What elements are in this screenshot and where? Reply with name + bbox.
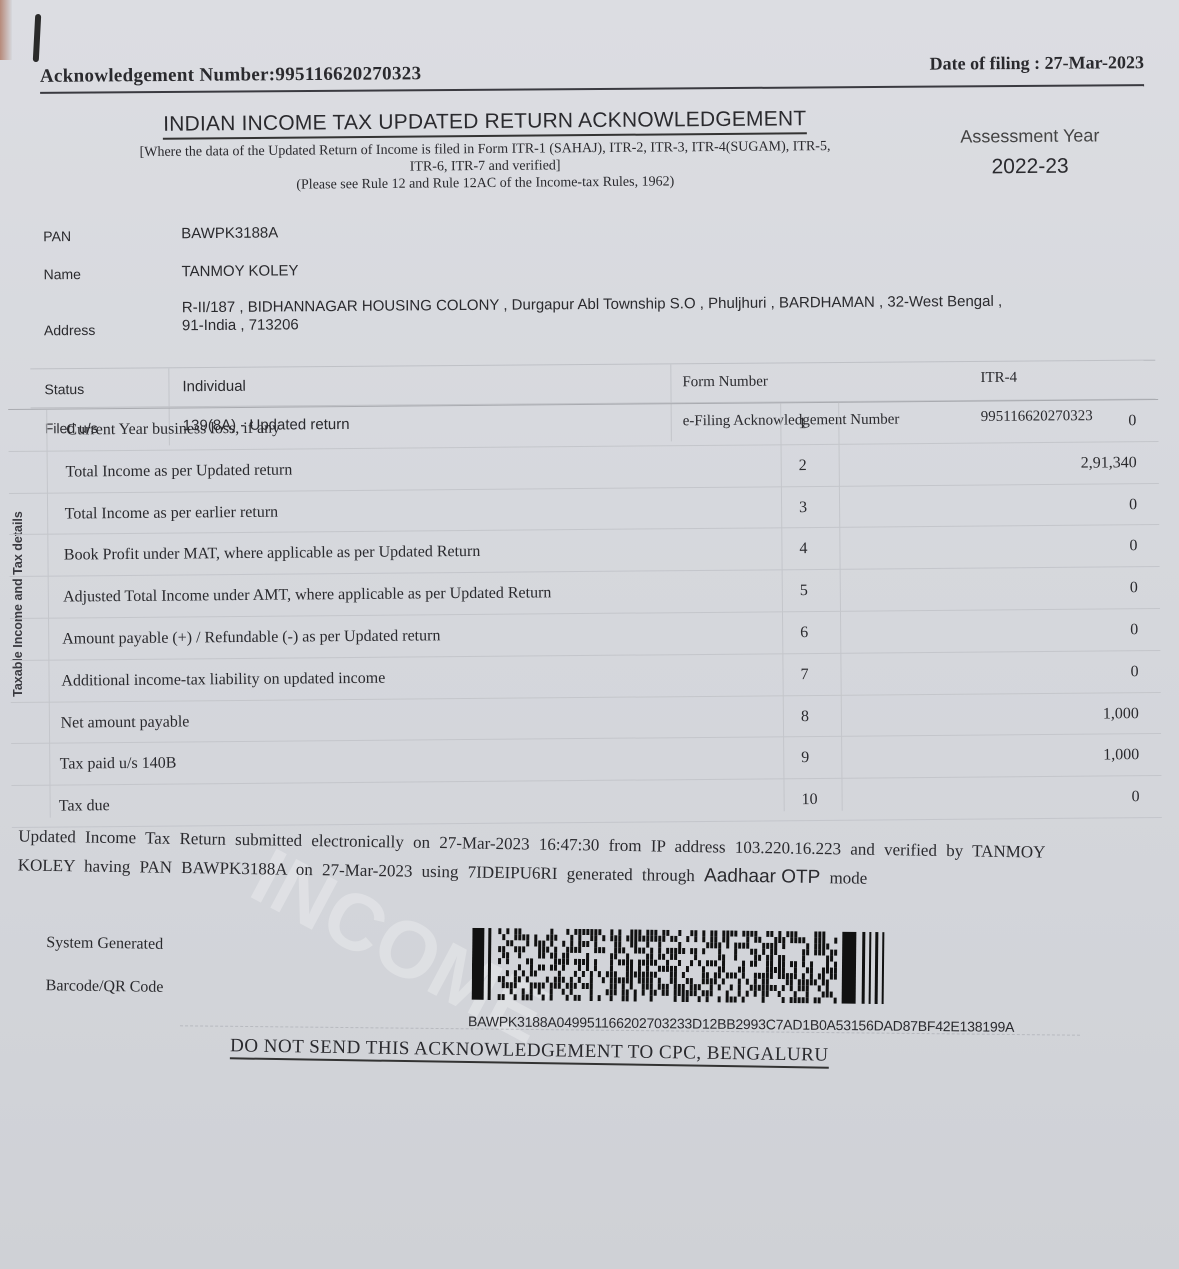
row-amount: 0: [1129, 496, 1137, 514]
row-number: 10: [802, 791, 818, 809]
assessment-year-value: 2022-23: [940, 154, 1120, 180]
row-amount: 0: [1130, 579, 1138, 597]
address-value: R-II/187 , BIDHANNAGAR HOUSING COLONY , …: [182, 292, 1142, 336]
row-amount: 0: [1129, 538, 1137, 556]
row-amount: 0: [1132, 788, 1140, 806]
name-value: TANMOY KOLEY: [181, 262, 298, 280]
status-value: Individual: [182, 378, 246, 395]
row-description: Tax due: [59, 797, 110, 815]
row-number: 1: [798, 415, 806, 433]
row-description: Additional income-tax liability on updat…: [61, 670, 385, 691]
form-number-value: ITR-4: [980, 370, 1017, 387]
assessment-year: Assessment Year 2022-23: [940, 125, 1120, 180]
row-amount: 1,000: [1103, 747, 1139, 765]
address-row: Address R-II/187 , BIDHANNAGAR HOUSING C…: [30, 284, 1156, 369]
table-row: Tax due100: [11, 776, 1161, 828]
row-description: Tax paid u/s 140B: [60, 755, 177, 774]
row-description: Total Income as per Updated return: [65, 461, 292, 481]
verification-statement: Updated Income Tax Return submitted elec…: [18, 821, 1109, 896]
row-description: Total Income as per earlier return: [65, 503, 279, 523]
cpc-notice: DO NOT SEND THIS ACKNOWLEDGEMENT TO CPC,…: [230, 1035, 829, 1068]
document-title-block: INDIAN INCOME TAX UPDATED RETURN ACKNOWL…: [55, 106, 916, 196]
row-description: Net amount payable: [60, 713, 189, 732]
staple-mark: [33, 14, 42, 62]
row-amount: 0: [1128, 412, 1136, 430]
row-amount: 2,91,340: [1081, 454, 1137, 472]
pan-value: BAWPK3188A: [181, 224, 278, 242]
barcode-icon: [472, 928, 891, 1004]
row-number: 3: [799, 499, 807, 517]
tax-details-table: Current Year business loss, if any10Tota…: [8, 399, 1162, 828]
row-number: 6: [800, 624, 808, 642]
row-number: 2: [799, 457, 807, 475]
row-amount: 1,000: [1103, 705, 1139, 723]
row-description: Book Profit under MAT, where applicable …: [64, 543, 481, 565]
document-title: INDIAN INCOME TAX UPDATED RETURN ACKNOWL…: [163, 107, 806, 140]
row-number: 5: [800, 582, 808, 600]
acknowledgement-number: Acknowledgement Number:995116620270323: [40, 63, 422, 88]
barcode-label: System Generated Barcode/QR Code: [45, 921, 164, 1009]
row-description: Amount payable (+) / Refundable (-) as p…: [62, 627, 440, 648]
acknowledgement-header: Acknowledgement Number:995116620270323 D…: [40, 56, 1144, 94]
row-description: Adjusted Total Income under AMT, where a…: [63, 584, 551, 606]
row-description: Current Year business loss, if any: [66, 420, 280, 440]
row-number: 4: [799, 540, 807, 558]
row-number: 8: [801, 708, 809, 726]
paper-edge: [0, 0, 12, 60]
row-number: 9: [801, 749, 809, 767]
row-number: 7: [800, 666, 808, 684]
title-subtext: [Where the data of the Updated Return of…: [55, 137, 915, 196]
row-amount: 0: [1130, 621, 1138, 639]
date-of-filing: Date of filing : 27-Mar-2023: [930, 52, 1144, 74]
row-amount: 0: [1130, 663, 1138, 681]
